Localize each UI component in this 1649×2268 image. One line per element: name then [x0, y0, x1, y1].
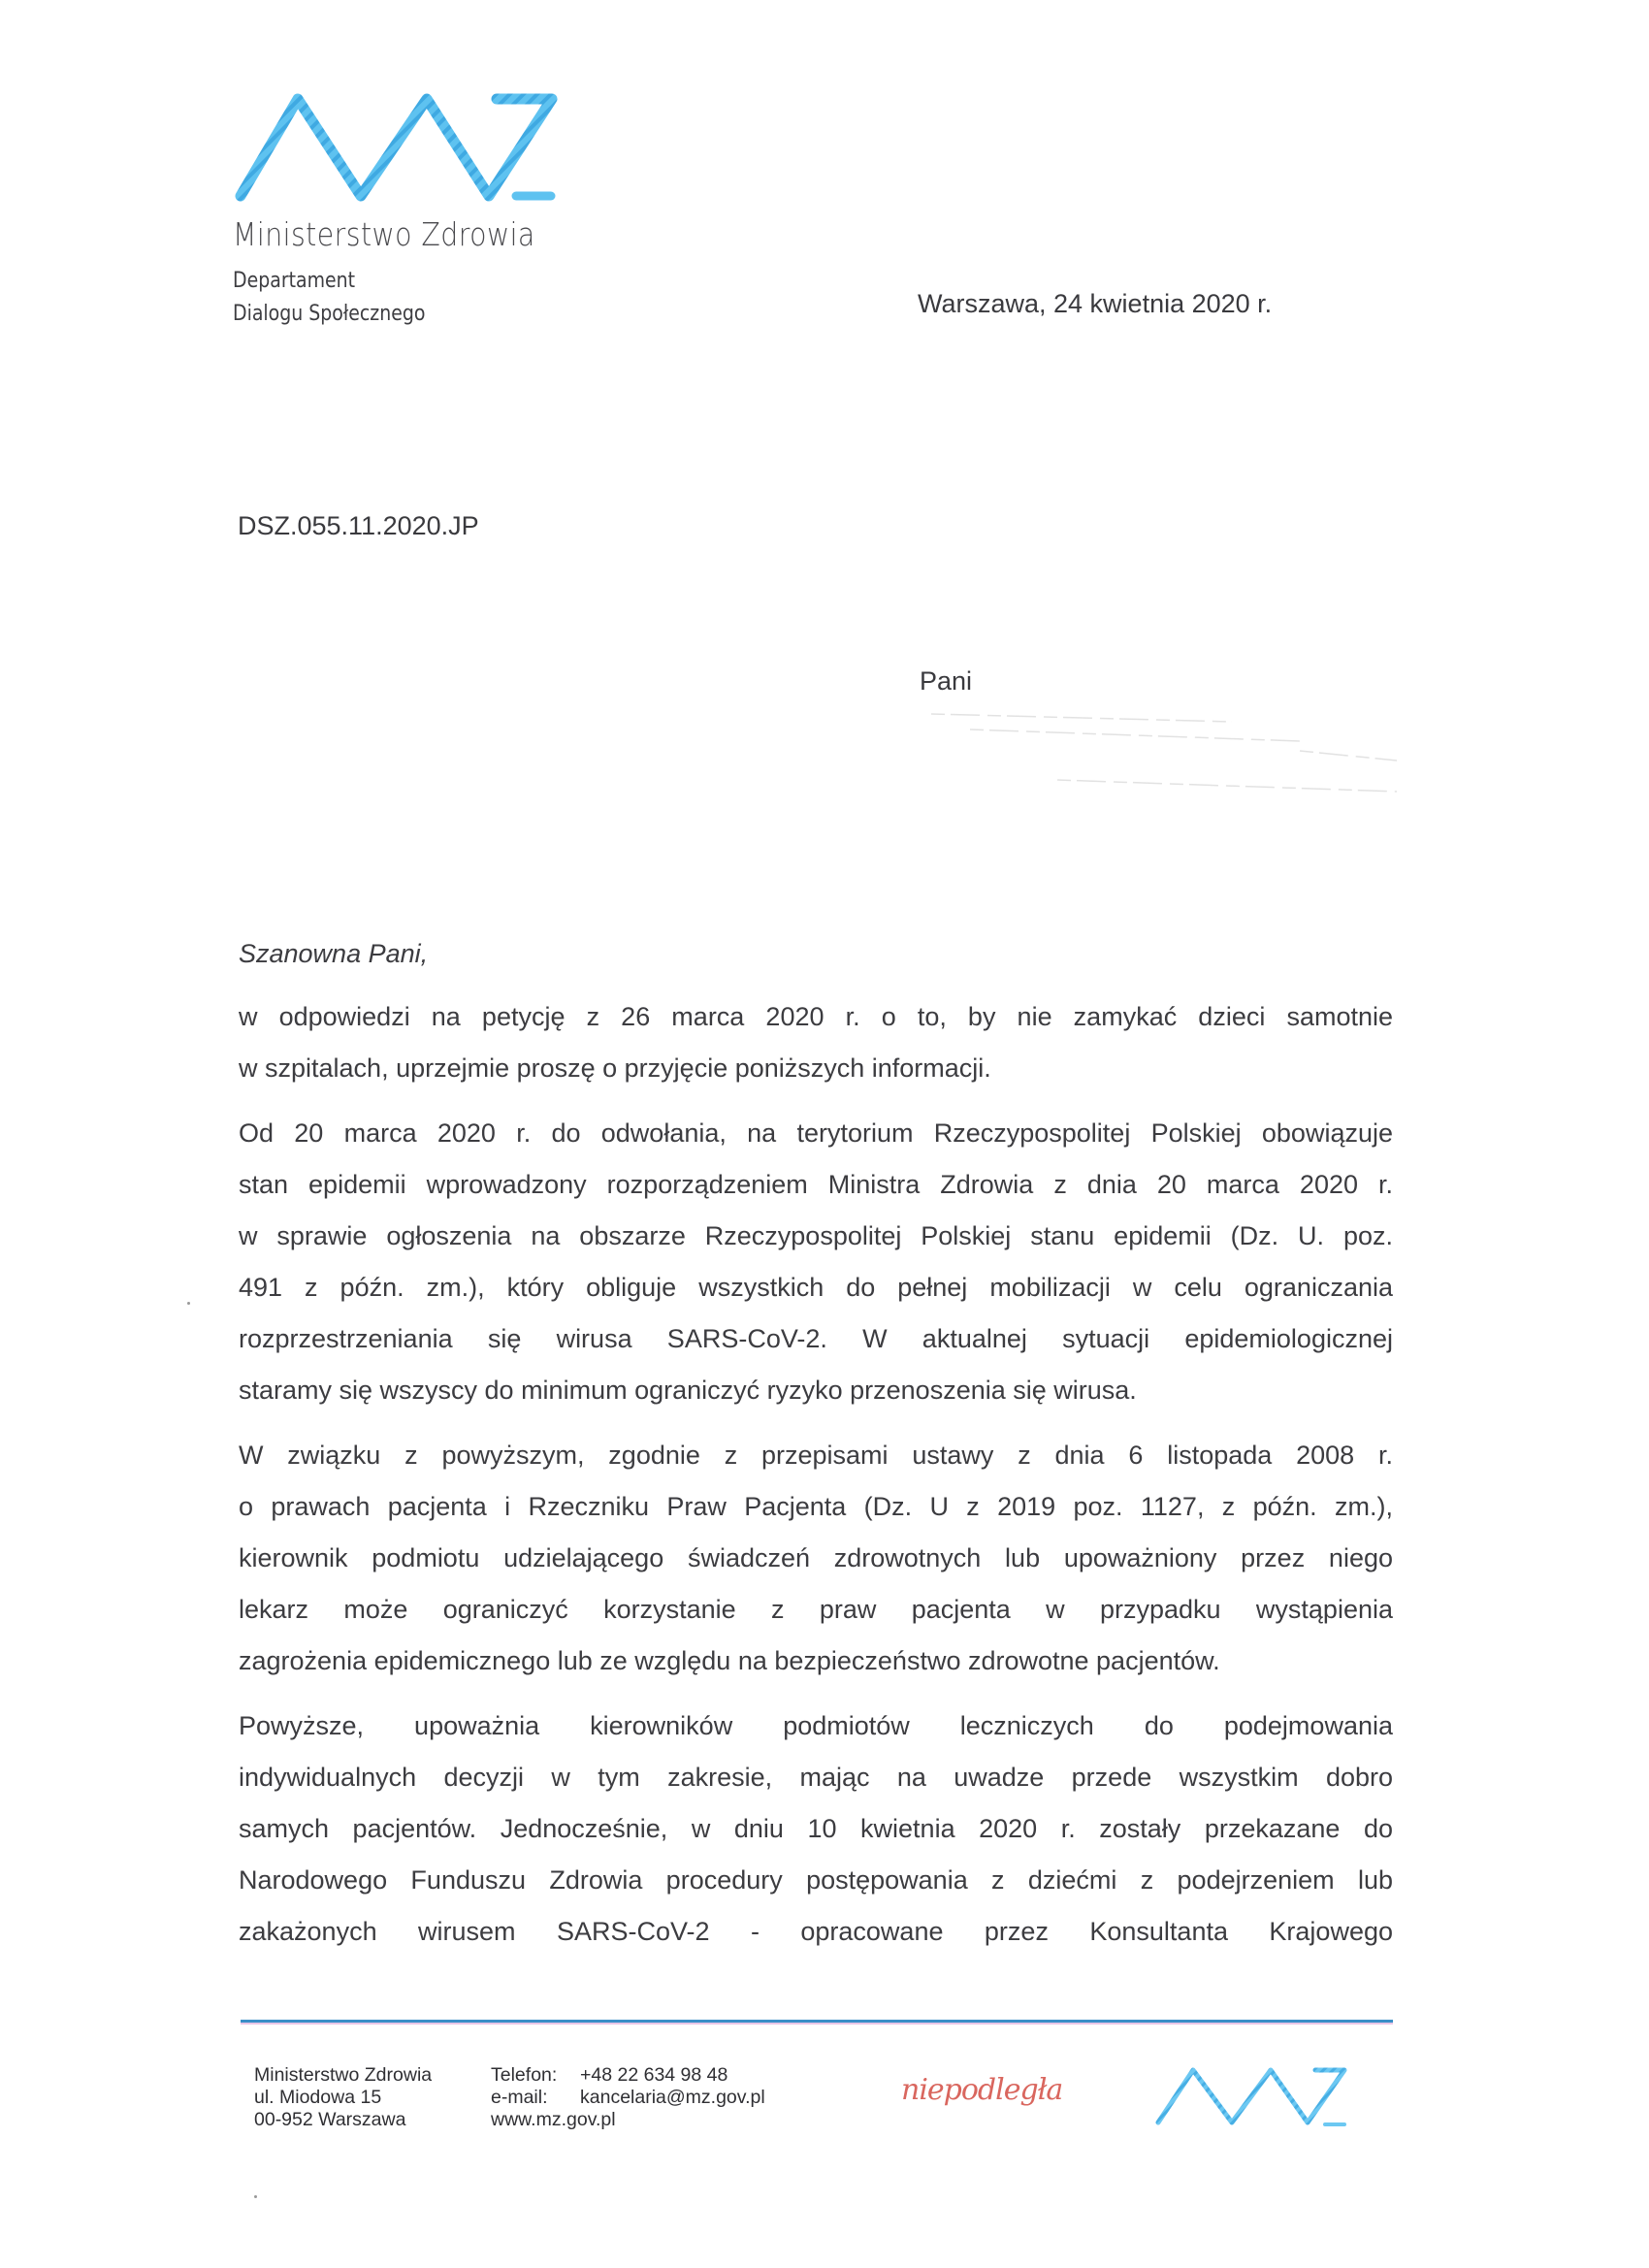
paragraphs: w odpowiedzi na petycję z 26 marca 2020 … — [239, 991, 1393, 1958]
website-link[interactable]: www.mz.gov.pl — [491, 2109, 616, 2131]
salutation: Szanowna Pani, — [239, 928, 1393, 980]
redacted-recipient-address — [912, 708, 1416, 795]
paragraph-line: stan epidemii wprowadzony rozporządzenie… — [239, 1159, 1393, 1211]
paragraph-line: zakażonych wirusem SARS-CoV-2 - opracowa… — [239, 1906, 1393, 1958]
body-paragraph: Powyższe, upoważnia kierowników podmiotó… — [239, 1701, 1393, 1958]
paragraph-line: kierownik podmiotu udzielającego świadcz… — [239, 1533, 1393, 1584]
paragraph-line: samych pacjentów. Jednocześnie, w dniu 1… — [239, 1803, 1393, 1855]
footer-street: ul. Miodowa 15 — [254, 2087, 432, 2109]
recipient-title: Pani — [920, 666, 972, 697]
paragraph-line: indywidualnych decyzji w tym zakresie, m… — [239, 1752, 1393, 1803]
paragraph-line: w sprawie ogłoszenia na obszarze Rzeczyp… — [239, 1211, 1393, 1262]
paragraph-line: o prawach pacjenta i Rzeczniku Praw Pacj… — [239, 1481, 1393, 1533]
email-label: e-mail: — [491, 2087, 580, 2109]
paragraph-line: lekarz może ograniczyć korzystanie z pra… — [239, 1584, 1393, 1636]
body-paragraph: W związku z powyższym, zgodnie z przepis… — [239, 1430, 1393, 1687]
footer-address: Ministerstwo Zdrowia ul. Miodowa 15 00-9… — [254, 2064, 432, 2131]
paragraph-line: staramy się wszyscy do minimum ograniczy… — [239, 1365, 1393, 1416]
footer-divider — [241, 2020, 1393, 2023]
svg-text:niepodległa: niepodległa — [901, 2073, 1062, 2107]
niepodlegla-signature-icon: niepodległa — [897, 2064, 1130, 2122]
body-paragraph: w odpowiedzi na petycję z 26 marca 2020 … — [239, 991, 1393, 1094]
place-date: Warszawa, 24 kwietnia 2020 r. — [918, 289, 1272, 319]
body-paragraph: Od 20 marca 2020 r. do odwołania, na ter… — [239, 1108, 1393, 1416]
footer-contact: Telefon: +48 22 634 98 48 e-mail: kancel… — [491, 2064, 765, 2131]
phone-number: +48 22 634 98 48 — [580, 2064, 727, 2087]
paragraph-line: rozprzestrzeniania się wirusa SARS-CoV-2… — [239, 1313, 1393, 1365]
email-link[interactable]: kancelaria@mz.gov.pl — [580, 2087, 765, 2109]
letter-body: Szanowna Pani, w odpowiedzi na petycję z… — [239, 928, 1393, 1971]
mz-footer-logo-icon — [1154, 2064, 1377, 2132]
phone-label: Telefon: — [491, 2064, 580, 2087]
paragraph-line: 491 z późn. zm.), który obliguje wszystk… — [239, 1262, 1393, 1313]
scan-speck — [187, 1302, 190, 1305]
paragraph-line: W związku z powyższym, zgodnie z przepis… — [239, 1430, 1393, 1481]
paragraph-line: zagrożenia epidemicznego lub ze względu … — [239, 1636, 1393, 1687]
paragraph-line: w szpitalach, uprzejmie proszę o przyjęc… — [239, 1043, 1393, 1094]
mz-logo-icon — [235, 92, 574, 209]
paragraph-line: Narodowego Funduszu Zdrowia procedury po… — [239, 1855, 1393, 1906]
scan-speck — [254, 2195, 257, 2198]
department-line-2: Dialogu Społecznego — [233, 302, 425, 326]
paragraph-line: w odpowiedzi na petycję z 26 marca 2020 … — [239, 991, 1393, 1043]
ministry-name: Ministerstwo Zdrowia — [233, 215, 535, 253]
paragraph-line: Powyższe, upoważnia kierowników podmiotó… — [239, 1701, 1393, 1752]
footer-org-name: Ministerstwo Zdrowia — [254, 2064, 432, 2087]
reference-number: DSZ.055.11.2020.JP — [238, 511, 479, 541]
paragraph-line: Od 20 marca 2020 r. do odwołania, na ter… — [239, 1108, 1393, 1159]
footer-city: 00-952 Warszawa — [254, 2109, 432, 2131]
department-line-1: Departament — [233, 269, 355, 293]
